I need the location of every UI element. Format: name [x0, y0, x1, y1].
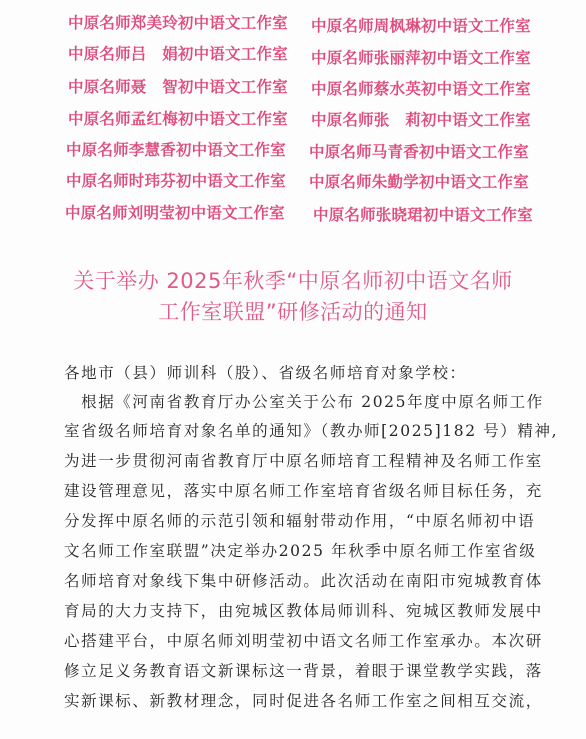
body-line-10: 修立足义务教育语文新课标这一背景，着眼于课堂教学实践，落	[64, 661, 543, 681]
body-line-9: 心搭建平台，中原名师刘明莹初中语文名师工作室承办。本次研	[64, 631, 543, 651]
studio-right-7: 中原名师张晓珺初中语文工作室	[313, 205, 533, 225]
body-line-1: 根据《河南省教育厅办公室关于公布 2025年度中原名师工作	[64, 392, 544, 412]
studio-left-2: 中原名师吕 娟初中语文工作室	[68, 44, 288, 64]
document-page: 中原名师郑美玲初中语文工作室 中原名师吕 娟初中语文工作室 中原名师聂 智初中语…	[0, 0, 586, 739]
body-line-4: 建设管理意见，落实中原名师工作室培育省级名师目标任务，充	[64, 481, 543, 501]
studio-right-4: 中原名师张 莉初中语文工作室	[311, 110, 531, 130]
studio-left-3: 中原名师聂 智初中语文工作室	[68, 77, 288, 97]
body-line-11: 实新课标、新教材理念，同时促进各名师工作室之间相互交流，	[64, 691, 543, 711]
body-line-6: 文名师工作室联盟”决定举办2025 年秋季中原名师工作室省级	[64, 541, 536, 561]
studio-right-3: 中原名师蔡水英初中语文工作室	[311, 79, 531, 99]
studio-left-7: 中原名师刘明莹初中语文工作室	[65, 203, 285, 223]
studio-right-2: 中原名师张丽萍初中语文工作室	[311, 48, 531, 68]
studio-left-5: 中原名师李慧香初中语文工作室	[66, 140, 286, 160]
body-line-5: 分发挥中原名师的示范引领和辐射带动作用，“中原名师初中语	[64, 511, 535, 531]
body-line-2: 室省级名师培育对象名单的通知》（教办师[2025]182 号）精神,	[64, 421, 558, 441]
body-line-8: 育局的大力支持下，由宛城区教体局师训科、宛城区教师发展中	[64, 601, 543, 621]
studio-right-5: 中原名师马青香初中语文工作室	[309, 142, 529, 162]
studio-left-1: 中原名师郑美玲初中语文工作室	[68, 13, 288, 33]
studio-right-6: 中原名师朱勤学初中语文工作室	[309, 172, 529, 192]
notice-title-line-2: 工作室联盟”研修活动的通知	[0, 298, 586, 326]
salutation: 各地市（县）师训科（股）、省级名师培育对象学校：	[64, 363, 467, 383]
body-line-3: 为进一步贯彻河南省教育厅中原名师培育工程精神及名师工作室	[64, 451, 543, 471]
studio-left-6: 中原名师时玮芬初中语文工作室	[66, 171, 286, 191]
studio-right-1: 中原名师周枫琳初中语文工作室	[311, 16, 531, 36]
notice-title-line-1: 关于举办 2025年秋季“中原名师初中语文名师	[0, 267, 586, 295]
studio-left-4: 中原名师孟红梅初中语文工作室	[68, 109, 288, 129]
body-line-7: 名师培育对象线下集中研修活动。此次活动在南阳市宛城教育体	[64, 571, 543, 591]
